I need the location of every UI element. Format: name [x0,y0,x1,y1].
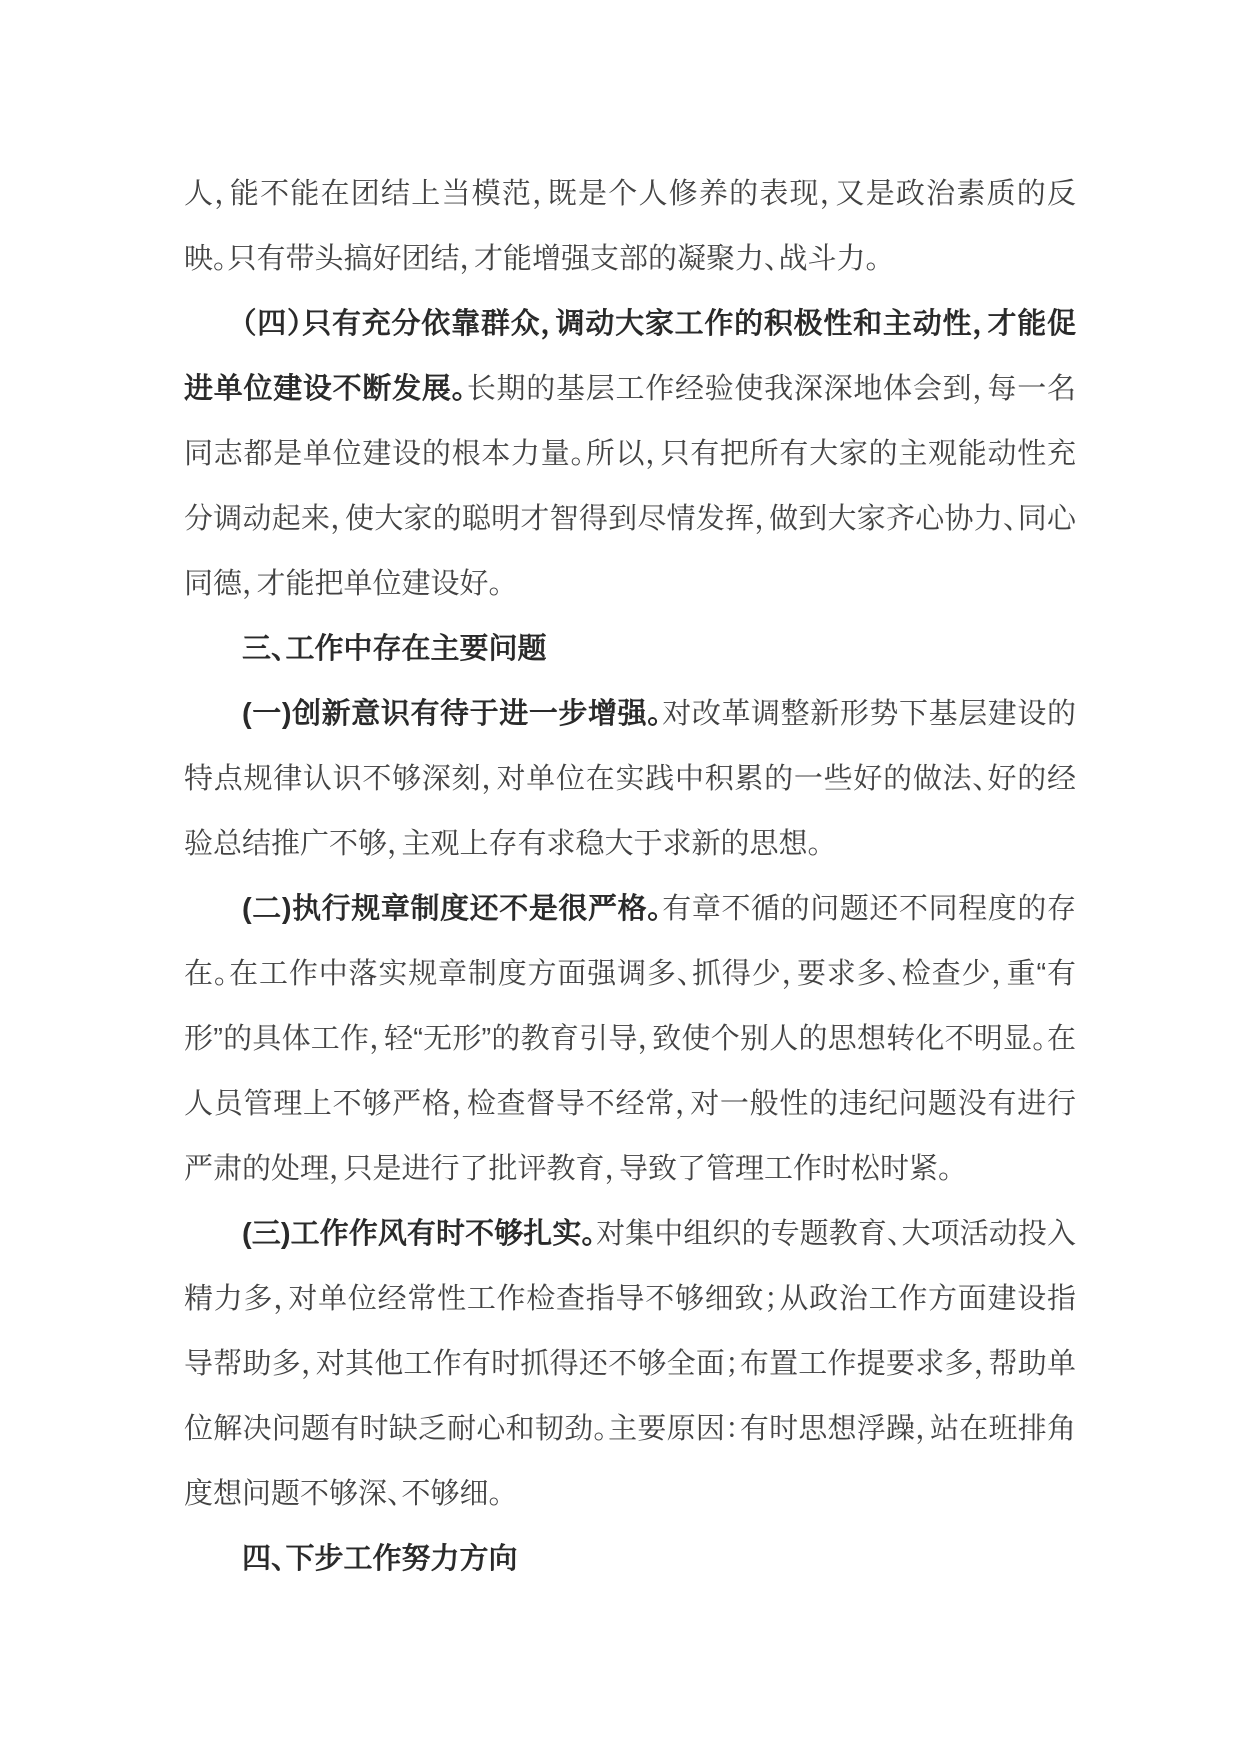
section-heading: 三、工作中存在主要问题 [184,617,1076,682]
document-page: 人，能不能在团结上当模范，既是个人修养的表现，又是政治素质的反映。只有带头搞好团… [0,0,1240,1754]
bold-text-run: (三)工作作风有时不够扎实。 [242,1218,596,1250]
bold-text-run: 三、工作中存在主要问题 [242,633,547,665]
text-run: 长期的基层工作经验使我深深地体会到，每一名同志都是单位建设的根本力量。所以，只有… [184,373,1076,600]
bold-text-run: (二)执行规章制度还不是很严格。 [242,893,662,925]
section-heading: 四、下步工作努力方向 [184,1527,1076,1592]
text-run: 对集中组织的专题教育、大项活动投入精力多，对单位经常性工作检查指导不够细致；从政… [184,1218,1076,1510]
bold-text-run: 四、下步工作努力方向 [242,1543,518,1575]
text-run: 有章不循的问题还不同程度的存在。在工作中落实规章制度方面强调多、抓得少，要求多、… [184,893,1076,1185]
document-text-block: 人，能不能在团结上当模范，既是个人修养的表现，又是政治素质的反映。只有带头搞好团… [184,162,1076,1592]
paragraph: 人，能不能在团结上当模范，既是个人修养的表现，又是政治素质的反映。只有带头搞好团… [184,162,1076,292]
paragraph: (三)工作作风有时不够扎实。对集中组织的专题教育、大项活动投入精力多，对单位经常… [184,1202,1076,1527]
paragraph: (二)执行规章制度还不是很严格。有章不循的问题还不同程度的存在。在工作中落实规章… [184,877,1076,1202]
paragraph: (一)创新意识有待于进一步增强。对改革调整新形势下基层建设的特点规律认识不够深刻… [184,682,1076,877]
paragraph: （四）只有充分依靠群众，调动大家工作的积极性和主动性，才能促进单位建设不断发展。… [184,292,1076,617]
bold-text-run: (一)创新意识有待于进一步增强。 [242,698,662,730]
text-run: 人，能不能在团结上当模范，既是个人修养的表现，又是政治素质的反映。只有带头搞好团… [184,178,1076,275]
